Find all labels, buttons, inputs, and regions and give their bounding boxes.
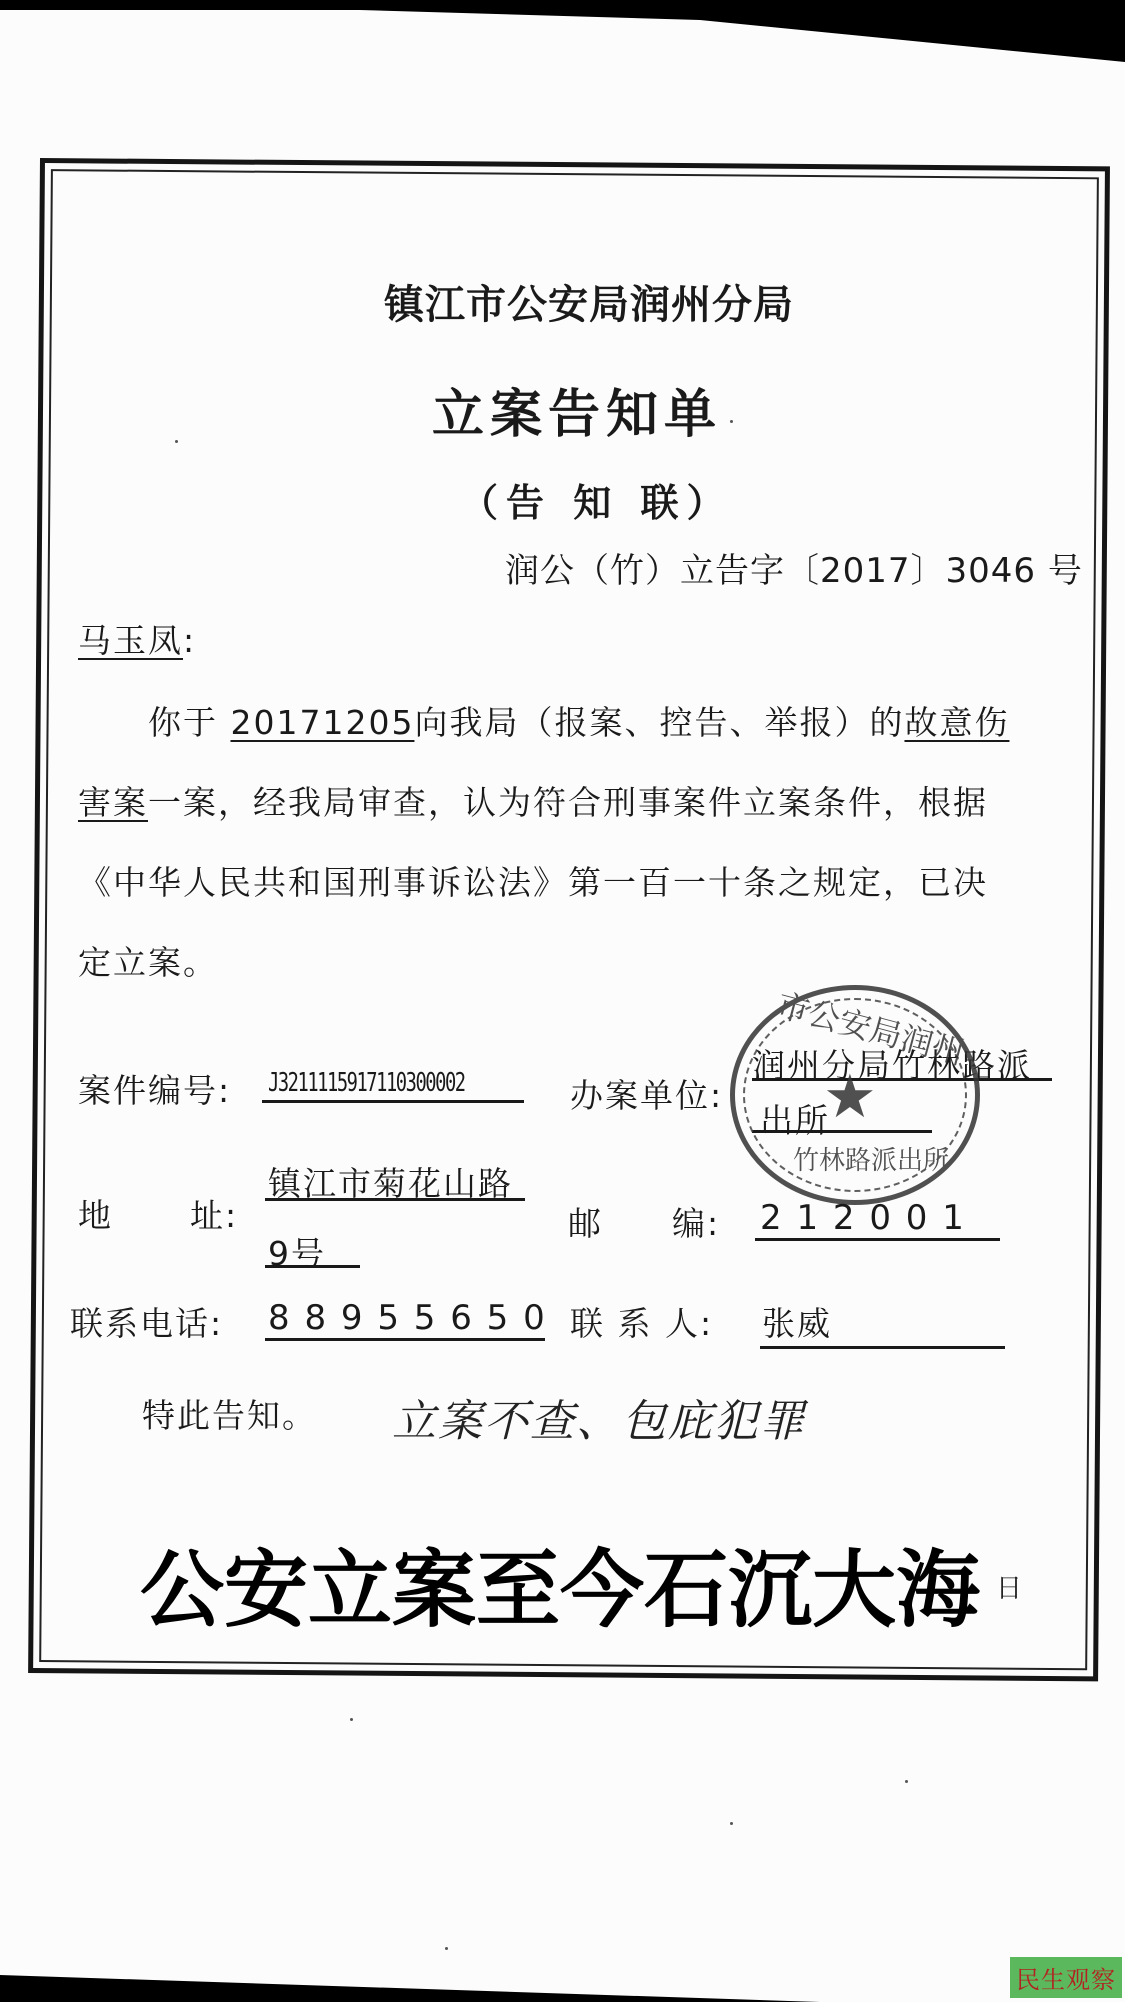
paper-sheet: 镇江市公安局润州分局 立案告知单 （告 知 联） 润公（竹）立告字〔2017〕3… [0, 0, 1125, 2002]
case-type-cont: 害案 [78, 783, 148, 822]
address-label-2: 址: [190, 1190, 238, 1237]
official-seal: 市公安局润州 ★ 竹林路派出所 [730, 985, 980, 1205]
contact-value: 张威 [762, 1298, 832, 1345]
document-number: 润公（竹）立告字〔2017〕3046 号 [505, 543, 1083, 592]
recipient-name: 马玉凤 [78, 621, 183, 660]
seal-bottom-text: 竹林路派出所 [793, 1140, 949, 1177]
case-type: 故意伤 [904, 703, 1009, 742]
star-icon: ★ [823, 1062, 877, 1132]
speck [175, 440, 178, 443]
speck [730, 420, 733, 423]
phone-value: 8 8 9 5 5 6 5 0 [268, 1298, 547, 1338]
postcode-underline [755, 1238, 1000, 1241]
handwritten-annotation: 立案不查、包庇犯罪 [392, 1385, 806, 1449]
overlay-caption: 公安立案至今石沉大海 [140, 1523, 980, 1644]
body-paragraph-line-4: 定立案。 [78, 937, 218, 984]
case-number-label: 案件编号: [78, 1065, 231, 1112]
document-title: 立案告知单 [432, 372, 722, 447]
contact-underline [760, 1346, 1005, 1349]
report-date: 20171205 [231, 703, 415, 742]
phone-underline [265, 1338, 545, 1341]
speck [730, 1822, 733, 1825]
contact-label: 联 系 人: [570, 1298, 713, 1345]
speck [350, 1718, 353, 1721]
address-label-1: 地 [78, 1190, 113, 1237]
speck [445, 1947, 448, 1950]
case-number-underline [262, 1100, 524, 1103]
date-suffix: 日 [996, 1568, 1024, 1605]
issuing-organization: 镇江市公安局润州分局 [384, 273, 794, 330]
postcode-label-2: 编: [672, 1198, 720, 1245]
handling-unit-label: 办案单位: [570, 1070, 723, 1117]
watermark-badge: 民生观察 [1010, 1957, 1122, 1998]
speck [905, 1780, 908, 1783]
body-paragraph-line-2: 害案一案，经我局审查，认为符合刑事案件立案条件，根据 [78, 777, 988, 824]
postcode-value: 2 1 2 0 0 1 [760, 1198, 966, 1238]
postcode-label-1: 邮 [568, 1198, 603, 1245]
phone-label: 联系电话: [70, 1298, 223, 1345]
address-underline-2 [265, 1265, 360, 1268]
recipient-line: 马玉凤: [78, 615, 196, 662]
body-paragraph-line-1: 你于 20171205向我局（报案、控告、举报）的故意伤 [148, 697, 1009, 744]
closing-text: 特此告知。 [142, 1390, 317, 1437]
address-underline-1 [265, 1198, 525, 1201]
body-paragraph-line-3: 《中华人民共和国刑事诉讼法》第一百一十条之规定，已决 [78, 857, 988, 904]
document-subtitle: （告 知 联） [460, 472, 732, 527]
case-number-value: J3211115917110300002 [268, 1068, 465, 1098]
